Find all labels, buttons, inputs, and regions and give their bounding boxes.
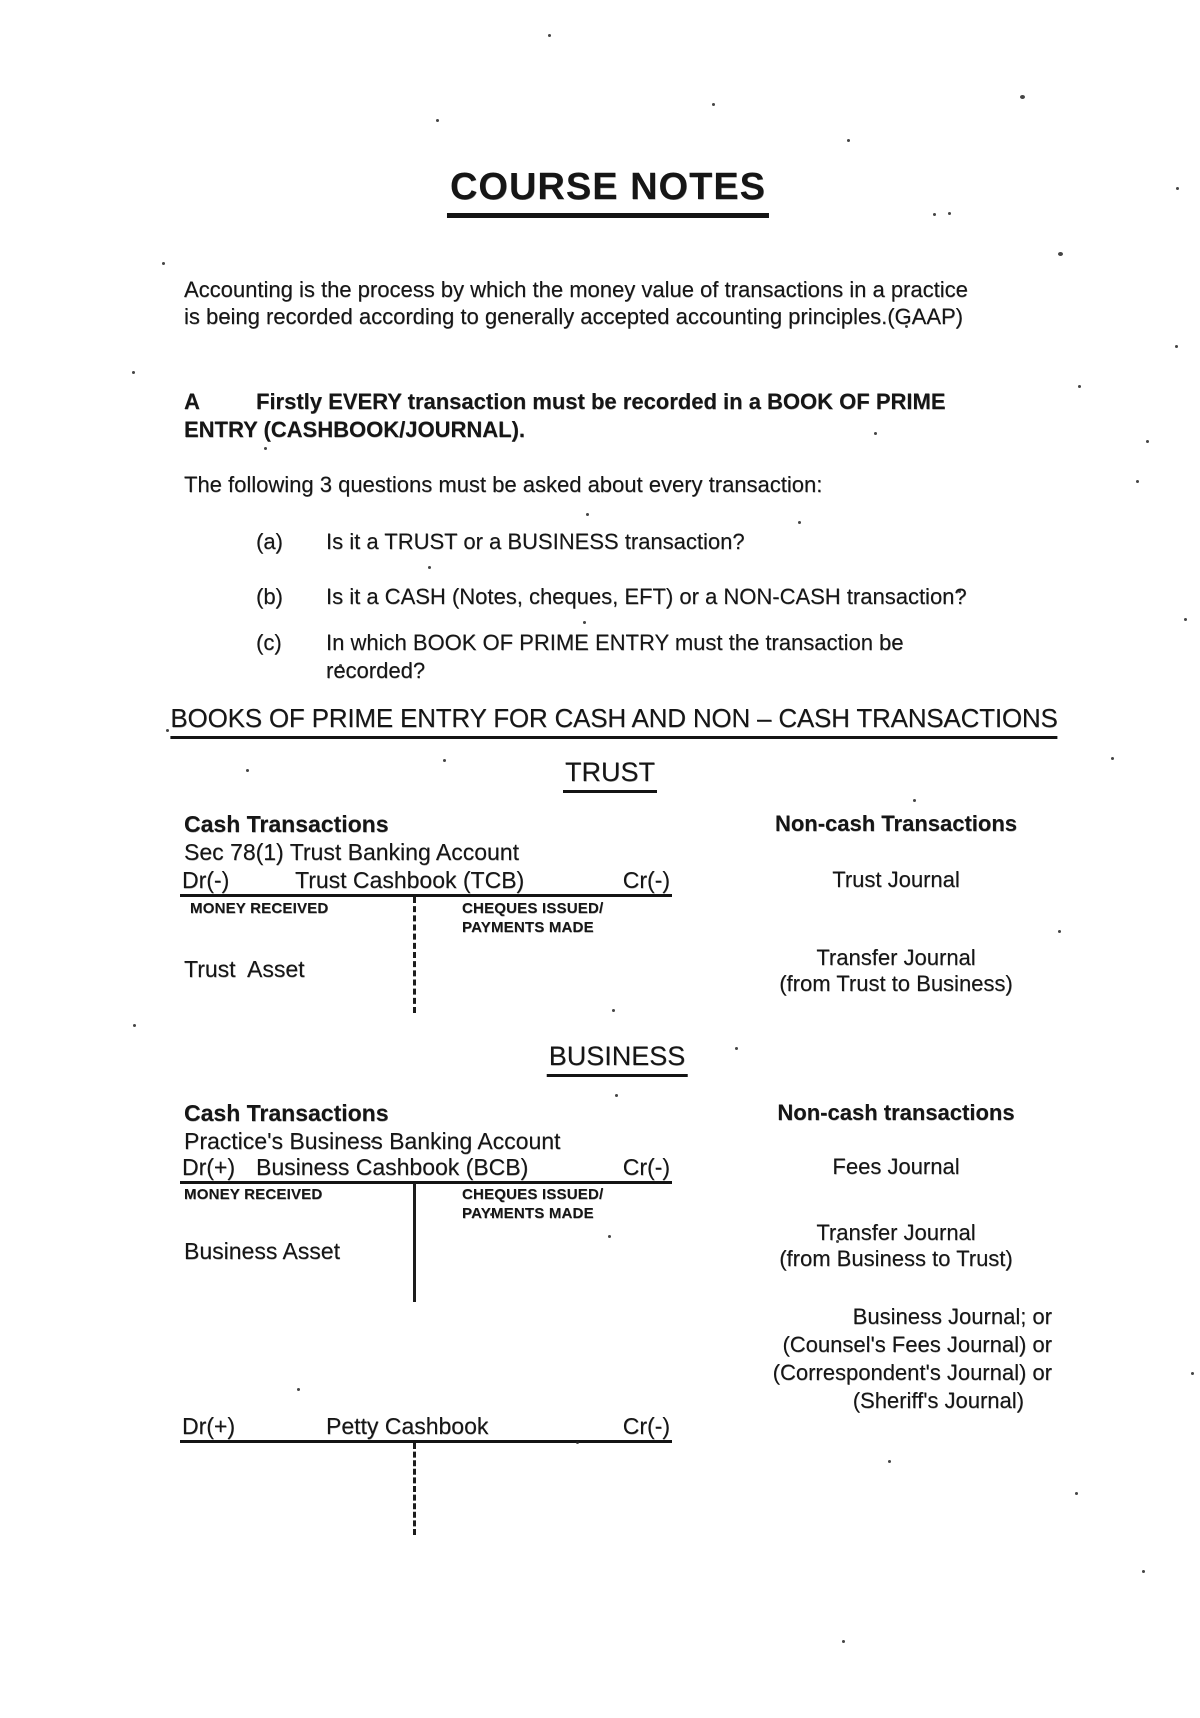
- scan-speck: [586, 513, 589, 516]
- scan-speck: [1175, 345, 1178, 348]
- section-a-label: A: [184, 388, 256, 416]
- business-t-account-divider-line: [413, 1183, 416, 1302]
- trust-cheques-issued-line-1: CHEQUES ISSUED/: [462, 899, 603, 918]
- journal-option-2: (Counsel's Fees Journal) or: [740, 1331, 1052, 1359]
- business-cashbook-t-account-header: Dr(+) Business Cashbook (BCB) Cr(-): [180, 1153, 672, 1184]
- fees-journal-item: Fees Journal: [740, 1153, 1052, 1180]
- scan-speck: [162, 262, 165, 265]
- scan-speck: [576, 1441, 579, 1444]
- journal-option-1: Business Journal; or: [740, 1303, 1052, 1331]
- scan-speck: [905, 325, 908, 328]
- scan-speck: [166, 729, 169, 732]
- scan-speck: [227, 317, 230, 320]
- scan-speck: [246, 769, 249, 772]
- scan-speck: [712, 103, 715, 106]
- trust-dr-label: Dr(-): [182, 866, 229, 894]
- scan-speck: [132, 371, 135, 374]
- question-c-text-2: recorded?: [326, 657, 1046, 685]
- scan-speck: [874, 432, 877, 435]
- trust-cashbook-t-account-header: Dr(-) Trust Cashbook (TCB) Cr(-): [180, 866, 672, 897]
- petty-cashbook-title: Petty Cashbook: [326, 1412, 488, 1440]
- trust-cheques-issued-line-2: PAYMENTS MADE: [462, 918, 603, 937]
- journal-option-4: (Sheriff's Journal): [740, 1387, 1052, 1415]
- trust-cash-transactions-heading: Cash Transactions: [184, 810, 389, 838]
- section-a-line-1: Firstly EVERY transaction must be record…: [256, 389, 946, 414]
- business-cheques-issued-line-2: PAYMENTS MADE: [462, 1204, 603, 1223]
- scan-speck: [1075, 1492, 1078, 1495]
- scan-speck: [958, 590, 961, 593]
- question-c-label: (c): [256, 629, 282, 657]
- question-b-text: Is it a CASH (Notes, cheques, EFT) or a …: [326, 584, 967, 609]
- question-b-label: (b): [256, 583, 283, 611]
- trust-cheques-issued-note: CHEQUES ISSUED/ PAYMENTS MADE: [462, 899, 603, 937]
- scan-speck: [1176, 187, 1179, 190]
- trust-t-account-divider-line: [413, 897, 416, 1013]
- scan-speck: [1058, 930, 1061, 933]
- scan-speck: [933, 213, 936, 216]
- scan-speck: [1184, 618, 1187, 621]
- scan-speck: [888, 1460, 891, 1463]
- business-transfer-journal-note: (from Business to Trust): [740, 1245, 1052, 1272]
- scan-speck: [548, 34, 551, 37]
- trust-noncash-heading: Non-cash Transactions: [740, 810, 1052, 837]
- question-c: (c) In which BOOK OF PRIME ENTRY must th…: [326, 629, 1046, 685]
- question-c-text-1: In which BOOK OF PRIME ENTRY must the tr…: [326, 629, 1046, 657]
- question-a: (a) Is it a TRUST or a BUSINESS transact…: [326, 528, 1046, 556]
- section-a-line-2: ENTRY (CASHBOOK/JOURNAL).: [184, 416, 1084, 444]
- business-cash-transactions-heading: Cash Transactions: [184, 1099, 389, 1127]
- business-dr-label: Dr(+): [182, 1153, 235, 1181]
- business-money-received-note: MONEY RECEIVED: [184, 1185, 322, 1204]
- trust-money-received-note: MONEY RECEIVED: [190, 899, 328, 918]
- scan-speck: [1146, 440, 1149, 443]
- scan-speck: [735, 1047, 738, 1050]
- trust-asset-label: Trust Asset: [184, 955, 305, 983]
- scan-speck: [615, 1094, 618, 1097]
- business-section-heading: BUSINESS: [547, 1041, 688, 1077]
- scan-speck: [1142, 1570, 1145, 1573]
- scan-speck: [371, 1140, 374, 1143]
- business-transfer-journal-item: Transfer Journal: [740, 1219, 1052, 1246]
- business-cashbook-title: Business Cashbook (BCB): [256, 1153, 528, 1181]
- trust-section-heading: TRUST: [563, 757, 657, 793]
- scan-speck: [612, 1009, 615, 1012]
- business-journal-options: Business Journal; or (Counsel's Fees Jou…: [740, 1303, 1052, 1415]
- scan-speck: [133, 1024, 136, 1027]
- journal-option-3: (Correspondent's Journal) or: [740, 1359, 1052, 1387]
- scan-speck: [948, 212, 951, 215]
- question-a-text: Is it a TRUST or a BUSINESS transaction?: [326, 529, 745, 554]
- scan-speck: [842, 1640, 845, 1643]
- intro-paragraph: Accounting is the process by which the m…: [184, 276, 1084, 330]
- trust-transfer-journal-note: (from Trust to Business): [740, 970, 1052, 997]
- scanned-document-page: COURSE NOTES Accounting is the process b…: [0, 0, 1200, 1718]
- scan-speck: [436, 119, 439, 122]
- scan-speck: [297, 1388, 300, 1391]
- trust-cr-label: Cr(-): [623, 866, 670, 894]
- business-cr-label: Cr(-): [623, 1153, 670, 1181]
- petty-t-account-divider-line: [413, 1443, 416, 1535]
- page-title: COURSE NOTES: [447, 166, 769, 218]
- petty-cashbook-t-account-header: Dr(+) Petty Cashbook Cr(-): [180, 1412, 672, 1443]
- business-noncash-heading: Non-cash transactions: [740, 1099, 1052, 1126]
- scan-speck: [1111, 757, 1114, 760]
- trust-cashbook-title: Trust Cashbook (TCB): [295, 866, 524, 894]
- scan-speck: [428, 566, 431, 569]
- scan-speck: [1078, 385, 1081, 388]
- scan-speck: [1020, 95, 1025, 99]
- business-cheques-issued-note: CHEQUES ISSUED/ PAYMENTS MADE: [462, 1185, 603, 1223]
- scan-speck: [836, 1240, 839, 1243]
- scan-speck: [798, 521, 801, 524]
- scan-speck: [608, 1235, 611, 1238]
- question-b: (b) Is it a CASH (Notes, cheques, EFT) o…: [326, 583, 1046, 611]
- section-a: AFirstly EVERY transaction must be recor…: [184, 388, 1084, 444]
- business-asset-label: Business Asset: [184, 1237, 340, 1265]
- scan-speck: [339, 664, 342, 667]
- business-cheques-issued-line-1: CHEQUES ISSUED/: [462, 1185, 603, 1204]
- scan-speck: [583, 621, 586, 624]
- trust-account-line: Sec 78(1) Trust Banking Account: [184, 838, 519, 866]
- intro-line-2: is being recorded according to generally…: [184, 303, 1084, 330]
- scan-speck: [1191, 1372, 1194, 1375]
- intro-line-1: Accounting is the process by which the m…: [184, 276, 1084, 303]
- petty-dr-label: Dr(+): [182, 1412, 235, 1440]
- scan-speck: [913, 799, 916, 802]
- scan-speck: [264, 447, 267, 450]
- scan-speck: [490, 1213, 493, 1216]
- questions-intro: The following 3 questions must be asked …: [184, 471, 822, 498]
- question-a-label: (a): [256, 528, 283, 556]
- scan-speck: [443, 759, 446, 762]
- books-of-prime-entry-heading: BOOKS OF PRIME ENTRY FOR CASH AND NON – …: [170, 703, 1057, 739]
- trust-journal-item: Trust Journal: [740, 866, 1052, 893]
- petty-cr-label: Cr(-): [623, 1412, 670, 1440]
- scan-speck: [1058, 252, 1063, 256]
- scan-speck: [1136, 480, 1139, 483]
- scan-speck: [847, 139, 850, 142]
- trust-transfer-journal-item: Transfer Journal: [740, 944, 1052, 971]
